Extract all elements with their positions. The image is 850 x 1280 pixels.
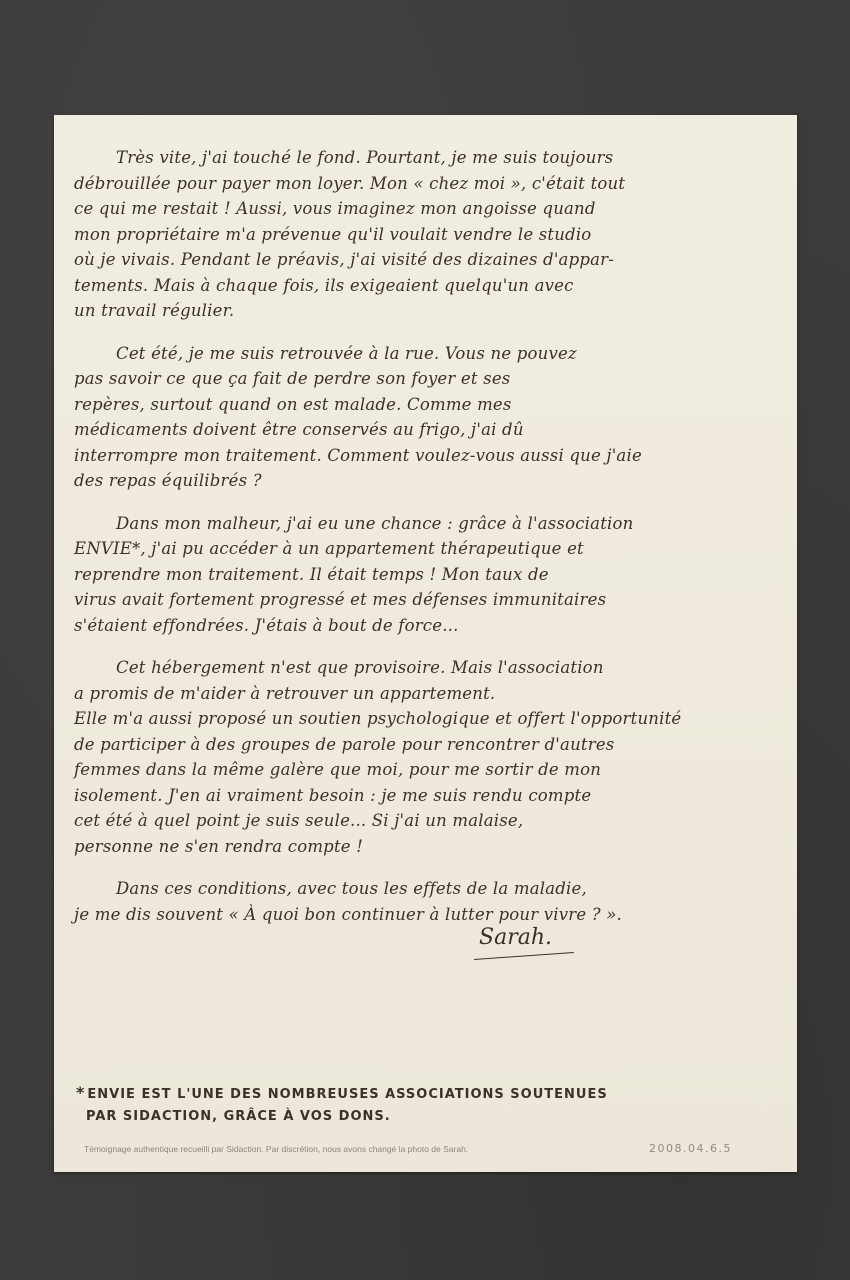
letter-line: Elle m'a aussi proposé un soutien psycho… bbox=[74, 706, 774, 732]
footnote-line-1: *Envie est l'une des nombreuses associat… bbox=[76, 1082, 608, 1106]
credit-caption: Témoignage authentique recueilli par Sid… bbox=[84, 1144, 468, 1154]
letter-line: Cet été, je me suis retrouvée à la rue. … bbox=[74, 341, 774, 367]
paragraph-4: Cet hébergement n'est que provisoire. Ma… bbox=[74, 655, 774, 859]
letter-line: médicaments doivent être conservés au fr… bbox=[74, 417, 774, 443]
footnote: *Envie est l'une des nombreuses associat… bbox=[76, 1082, 608, 1128]
letter-sheet: Très vite, j'ai touché le fond. Pourtant… bbox=[54, 115, 797, 1172]
letter-line: Dans ces conditions, avec tous les effet… bbox=[74, 876, 774, 902]
letter-line: personne ne s'en rendra compte ! bbox=[74, 834, 774, 860]
footnote-text: Envie est l'une des nombreuses associati… bbox=[87, 1087, 607, 1102]
paragraph-2: Cet été, je me suis retrouvée à la rue. … bbox=[74, 341, 774, 494]
letter-line: s'étaient effondrées. J'étais à bout de … bbox=[74, 613, 774, 639]
paragraph-5: Dans ces conditions, avec tous les effet… bbox=[74, 876, 774, 927]
asterisk-icon: * bbox=[76, 1083, 85, 1102]
letter-line: reprendre mon traitement. Il était temps… bbox=[74, 562, 774, 588]
letter-line: Dans mon malheur, j'ai eu une chance : g… bbox=[74, 511, 774, 537]
letter-line: ENVIE*, j'ai pu accéder à un appartement… bbox=[74, 536, 774, 562]
letter-line: repères, surtout quand on est malade. Co… bbox=[74, 392, 774, 418]
footnote-line-2: par Sidaction, grâce à vos dons. bbox=[76, 1106, 608, 1128]
letter-line: un travail régulier. bbox=[74, 298, 774, 324]
letter-line: pas savoir ce que ça fait de perdre son … bbox=[74, 366, 774, 392]
letter-line: cet été à quel point je suis seule... Si… bbox=[74, 808, 774, 834]
letter-line: des repas équilibrés ? bbox=[74, 468, 774, 494]
letter-line: ce qui me restait ! Aussi, vous imaginez… bbox=[74, 196, 774, 222]
letter-line: Cet hébergement n'est que provisoire. Ma… bbox=[74, 655, 774, 681]
letter-line: tements. Mais à chaque fois, ils exigeai… bbox=[74, 273, 774, 299]
paragraph-1: Très vite, j'ai touché le fond. Pourtant… bbox=[74, 145, 774, 324]
letter-line: interrompre mon traitement. Comment voul… bbox=[74, 443, 774, 469]
archive-code: 2008.04.6.5 bbox=[649, 1142, 732, 1155]
letter-line: où je vivais. Pendant le préavis, j'ai v… bbox=[74, 247, 774, 273]
letter-line: Très vite, j'ai touché le fond. Pourtant… bbox=[74, 145, 774, 171]
letter-line: mon propriétaire m'a prévenue qu'il voul… bbox=[74, 222, 774, 248]
signature: Sarah. bbox=[479, 925, 552, 950]
letter-line: a promis de m'aider à retrouver un appar… bbox=[74, 681, 774, 707]
paragraph-3: Dans mon malheur, j'ai eu une chance : g… bbox=[74, 511, 774, 639]
letter-line: virus avait fortement progressé et mes d… bbox=[74, 587, 774, 613]
letter-line: isolement. J'en ai vraiment besoin : je … bbox=[74, 783, 774, 809]
letter-line: de participer à des groupes de parole po… bbox=[74, 732, 774, 758]
letter-line: débrouillée pour payer mon loyer. Mon « … bbox=[74, 171, 774, 197]
letter-body: Très vite, j'ai touché le fond. Pourtant… bbox=[74, 145, 774, 944]
letter-line: femmes dans la même galère que moi, pour… bbox=[74, 757, 774, 783]
letter-line: je me dis souvent « À quoi bon continuer… bbox=[74, 902, 774, 928]
signature-underline bbox=[474, 952, 574, 960]
